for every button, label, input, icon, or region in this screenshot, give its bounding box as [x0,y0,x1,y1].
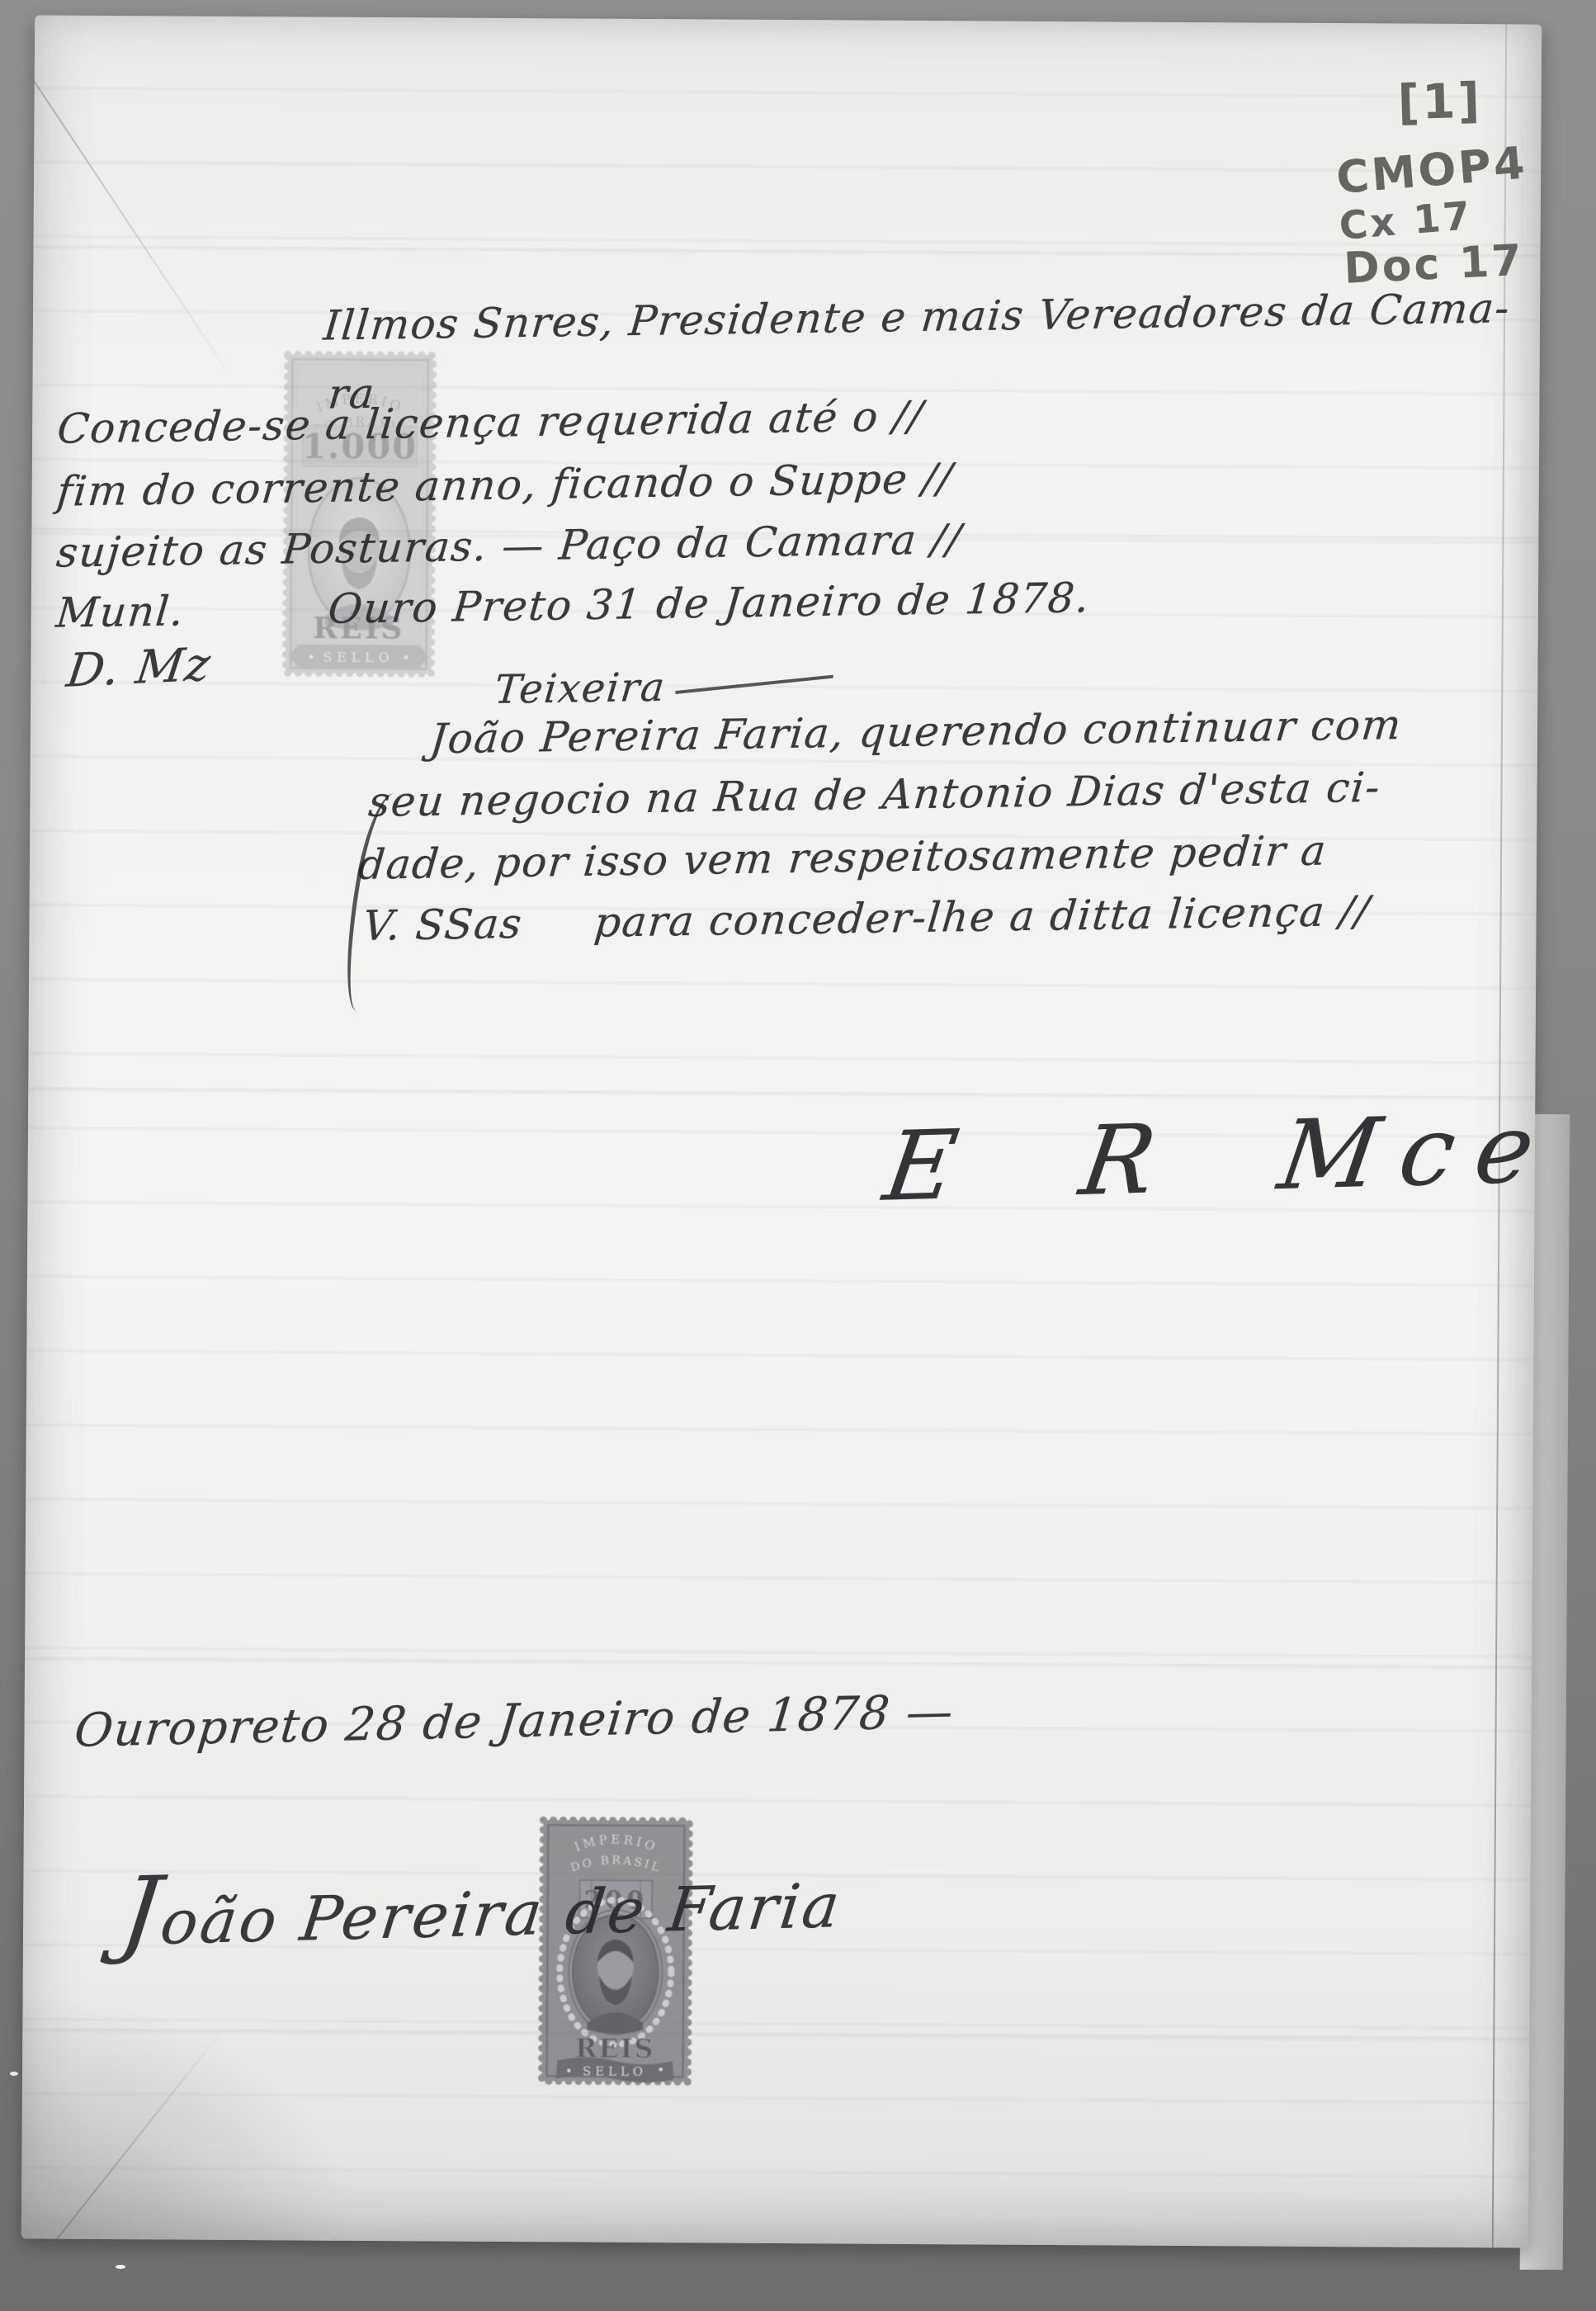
document-page: [1] CMOP4 Cx 17 Doc 17 Illmos Snres, Pre… [21,15,1542,2247]
salutation-line-1: Illmos Snres, Presidente e mais Vereador… [322,284,1513,349]
scan-background: [1] CMOP4 Cx 17 Doc 17 Illmos Snres, Pre… [0,0,1596,2311]
petition-line-3: dade, por isso vem respeitosamente pedir… [357,827,1329,889]
closing-formula: E R Mce [877,1093,1562,1223]
petition-line-4: V. SSas para conceder-lhe a ditta licenç… [361,887,1372,950]
dispatch-line-3: sujeito as Posturas. — Paço da Camara // [54,515,964,576]
archival-page-number: [1] [1397,72,1483,130]
dispatch-line-2: fim do corrente anno, ficando o Suppe // [55,455,956,516]
archival-collection-code: CMOP4 [1334,137,1529,205]
scan-speck [10,2072,18,2076]
petitioner-signature: João Pereira de Faria [116,1840,849,1968]
dispatch-line-1: Concede-se a licença requerida até o // [55,392,926,452]
stamp-sello-label: SELLO [583,2064,647,2079]
petition-line-2: seu negocio na Rua de Antonio Dias d'est… [366,763,1382,826]
stamp-sello-label: SELLO [323,650,394,666]
dispatch-line-4: Munl. Ouro Preto 31 de Janeiro de 1878. [54,574,1093,636]
clerk-initials: D. Mz [64,638,215,698]
corner-shading [21,1958,403,2241]
council-rubric-signature: Teixeira [493,662,836,713]
date-line: Ouropreto 28 de Janeiro de 1878 — [72,1685,956,1758]
scan-speck [116,2265,125,2269]
fold-crease-top-left [28,73,244,396]
